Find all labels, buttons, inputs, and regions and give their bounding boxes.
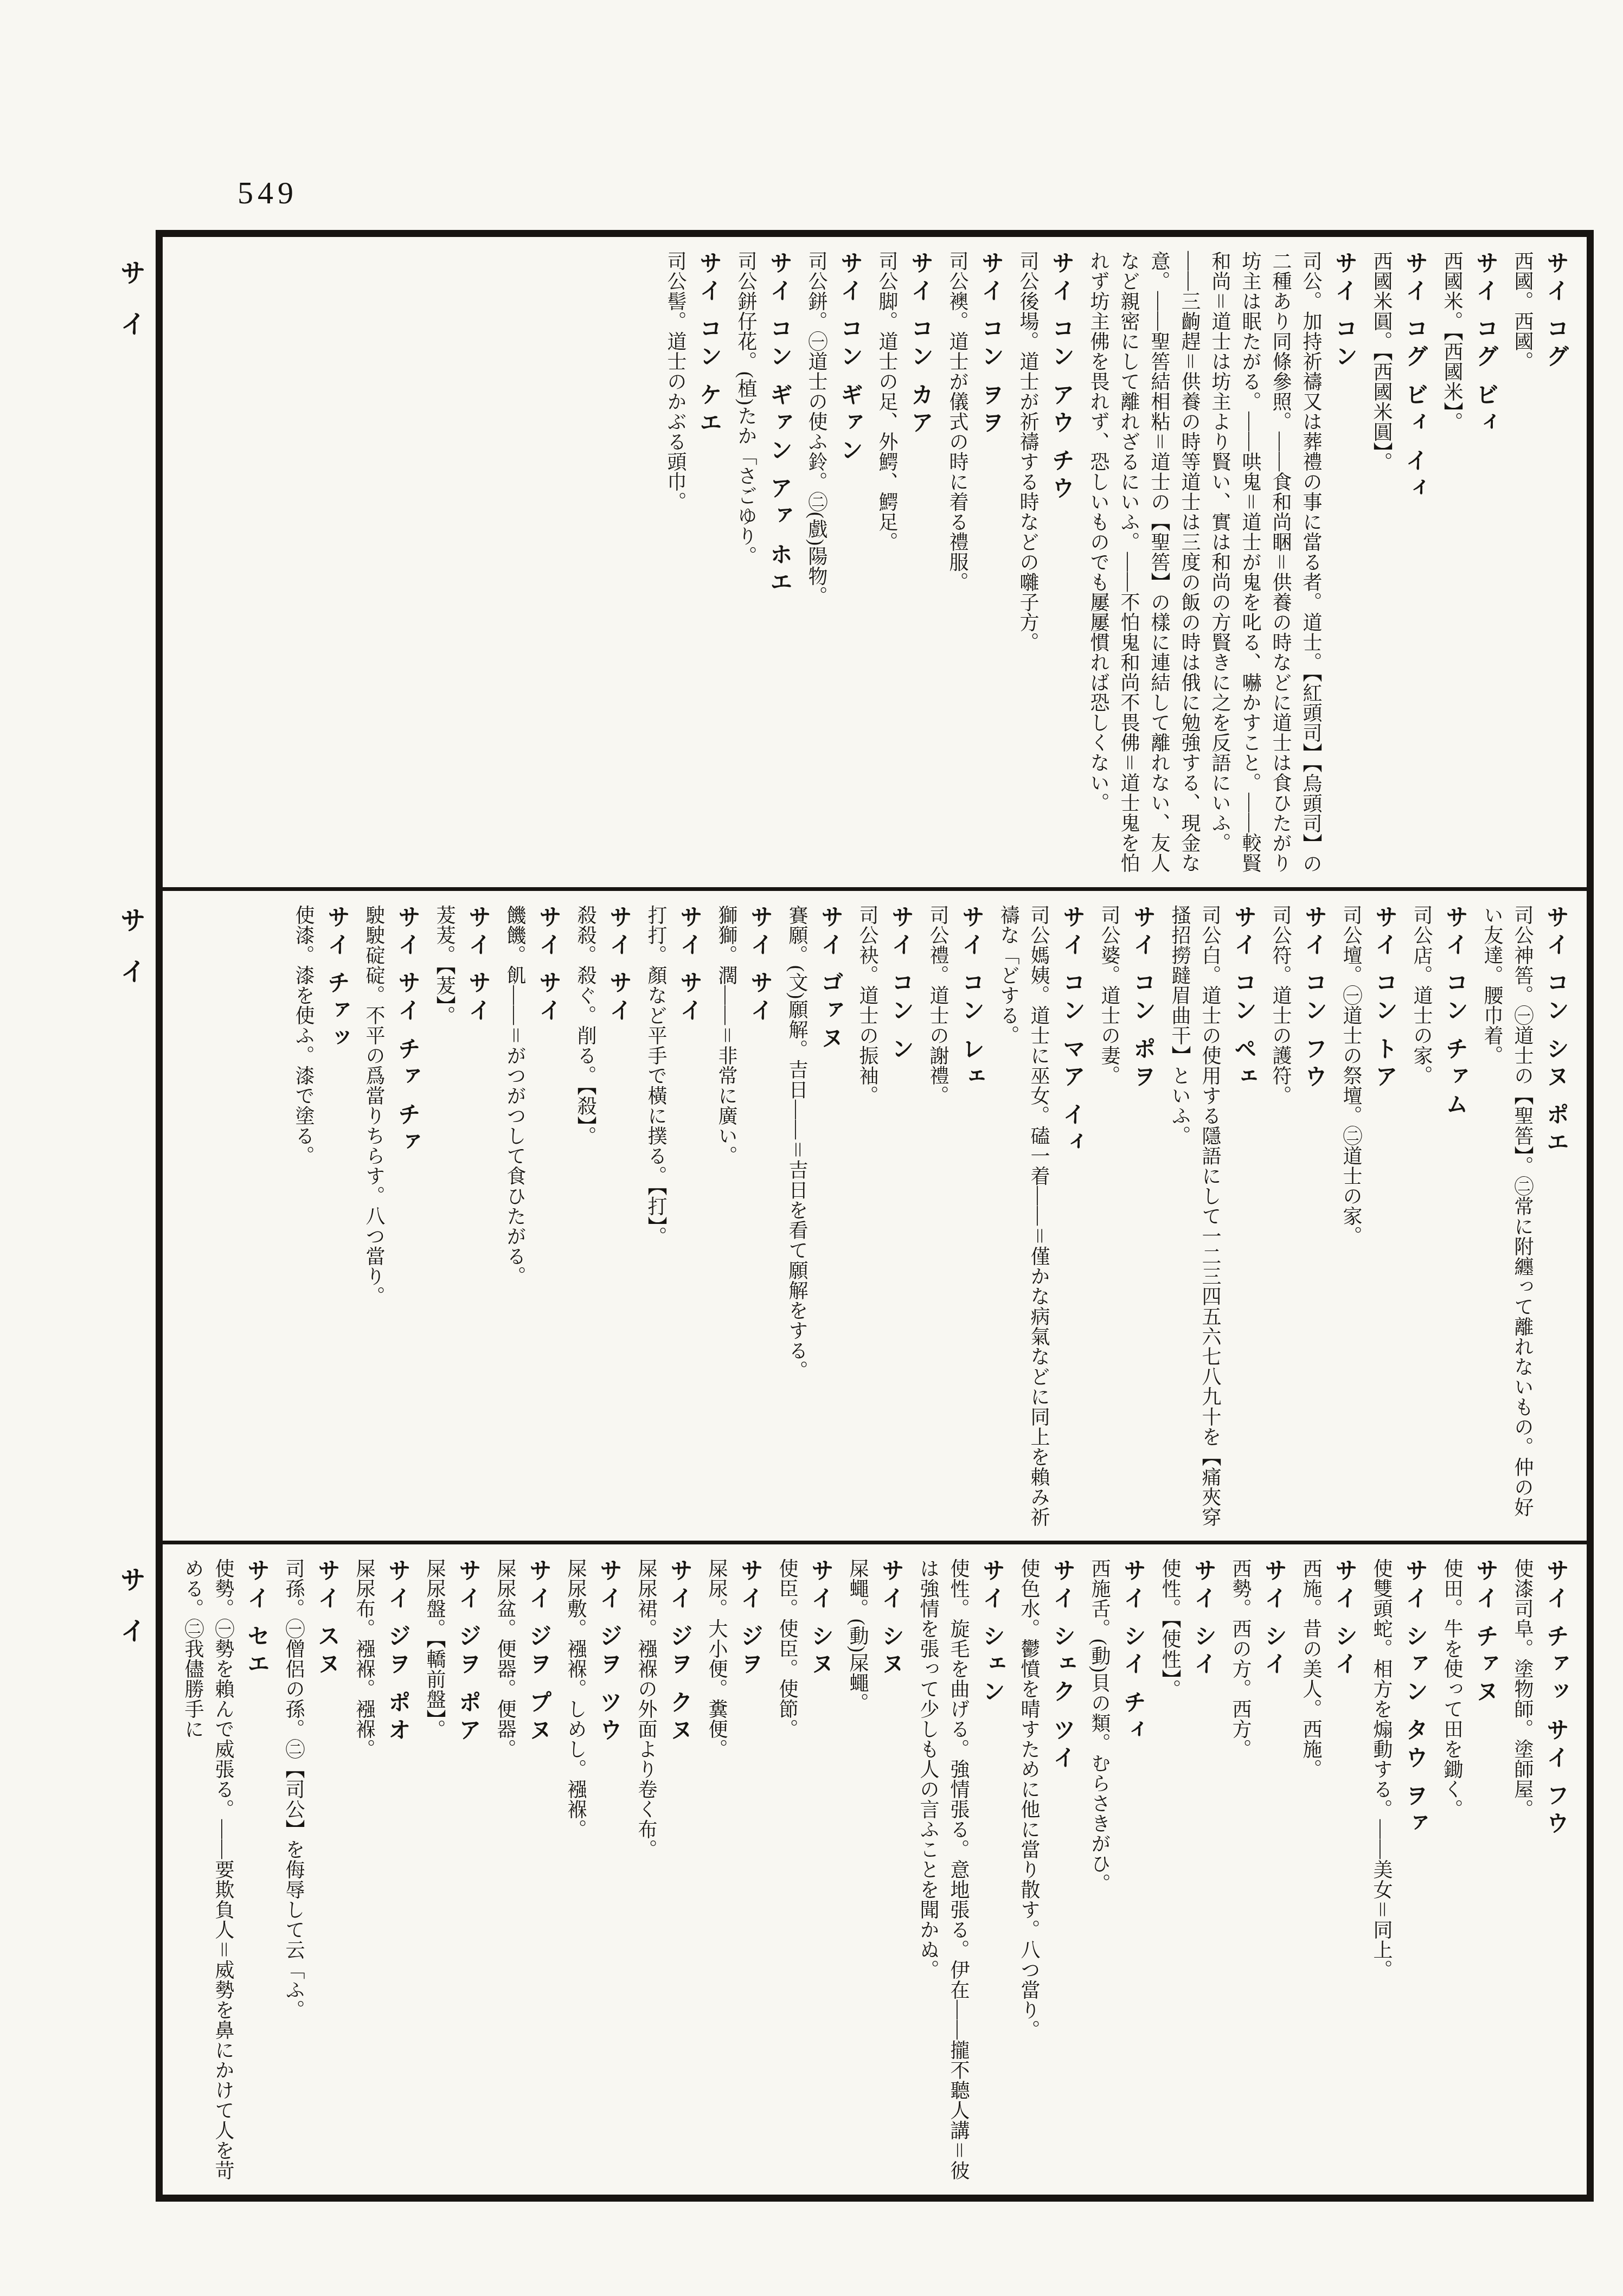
dictionary-entry: サイ サイ茇茇。【茇】。 xyxy=(429,905,493,1530)
entry-headword-katakana: サイ シイ xyxy=(1188,1559,1219,2184)
dictionary-entry: サイ コグ ビィ西國米。【西國米】。 xyxy=(1437,251,1501,876)
entry-definition: 司公襖。道士が儀式の時に着る禮服。 xyxy=(942,251,973,876)
dictionary-entry: サイ ジヲ屎尿。大小便。糞便。 xyxy=(702,1559,766,2184)
dictionary-entry: サイ コン トア司公壇。㊀道士の祭壇。㊁道士の家。 xyxy=(1336,905,1400,1530)
entry-definition: 使色水。鬱憤を晴すために他に當り散す。八つ當り。 xyxy=(1014,1559,1044,2184)
page-number: 549 xyxy=(238,175,298,211)
entry-definition: 屎尿盤。【轎前盤】。 xyxy=(420,1559,450,2184)
text-band-top: サイ コグ西國。西國。サイ コグ ビィ西國米。【西國米】。サイ コグ ビィ イィ… xyxy=(163,237,1587,887)
entry-headword-katakana: サイ ジヲ プヌ xyxy=(523,1559,554,2184)
entry-definition: 西施。昔の美人。西施。 xyxy=(1296,1559,1326,2184)
dictionary-entry: サイ コン レェ司公禮。道士の謝禮。 xyxy=(923,905,987,1530)
entry-headword-katakana: サイ コン ヲヲ xyxy=(975,251,1006,876)
entry-headword-katakana: サイ サイ xyxy=(744,905,775,1530)
entry-headword-katakana: サイ コン レェ xyxy=(955,905,987,1530)
entry-headword-katakana: サイ ジヲ ツウ xyxy=(593,1559,625,2184)
entry-definition: 司公髻。道士のかぶる頭巾。 xyxy=(660,251,691,876)
entry-definition: 司公後場。道士が祈禱する時などの囃子方。 xyxy=(1013,251,1043,876)
entry-definition: 使漆。漆を使ふ。漆で塗る。 xyxy=(288,905,319,1530)
dictionary-entry: サイ ジヲ プヌ屎尿盆。便器。便器。 xyxy=(490,1559,554,2184)
dictionary-entry: サイ シァン タウ ヲァ使雙頭蛇。相方を煽動する。――美女＝同上。 xyxy=(1367,1559,1430,2184)
entry-headword-katakana: サイ サイ xyxy=(533,905,564,1530)
entry-headword-katakana: サイ ジヲ ポア xyxy=(452,1559,484,2184)
dictionary-entry: サイ サイ打打。顏など平手で橫に撲る。【打】。 xyxy=(641,905,705,1530)
dictionary-entry: サイ スヌ司孫。㊀僧侶の孫。㊁【司公】を侮辱して云「ふ。 xyxy=(279,1559,343,2184)
entry-definition: 西國。西國。 xyxy=(1507,251,1538,876)
entry-headword-katakana: サイ セエ xyxy=(241,1559,272,2184)
entry-headword-katakana: サイ コン アウ チウ xyxy=(1045,251,1077,876)
dictionary-entry: サイ サイ殺殺。殺ぐ。削る。【殺】。 xyxy=(570,905,634,1530)
dictionary-entry: サイ コン ケエ司公髻。道士のかぶる頭巾。 xyxy=(660,251,724,876)
entry-headword-katakana: サイ シェク ツイ xyxy=(1047,1559,1078,2184)
entry-headword-katakana: サイ シァン タウ ヲァ xyxy=(1399,1559,1430,2184)
entry-definition: 屎尿。大小便。糞便。 xyxy=(702,1559,732,2184)
entry-headword-katakana: サイ シヌ xyxy=(875,1559,907,2184)
dictionary-entry: サイ コン フウ司公符。道士の護符。 xyxy=(1266,905,1330,1530)
entry-definition: 西施舌。(動)貝の類。むらさきがひ。 xyxy=(1085,1559,1115,2184)
content-border-box: サイ コグ西國。西國。サイ コグ ビィ西國米。【西國米】。サイ コグ ビィ イィ… xyxy=(156,230,1594,2202)
dictionary-entry: サイ コン カア司公脚。道士の足、外鰐、鰐足。 xyxy=(872,251,936,876)
dictionary-entry: サイ コン ヲヲ司公襖。道士が儀式の時に着る禮服。 xyxy=(942,251,1006,876)
entry-headword-katakana: サイ スヌ xyxy=(311,1559,343,2184)
entry-headword-katakana: サイ ジヲ xyxy=(734,1559,766,2184)
dictionary-entry: サイ サイ饑饑。飢――＝がつがつして食ひたがる。 xyxy=(500,905,564,1530)
entry-definition: 西勢。西の方。西方。 xyxy=(1226,1559,1256,2184)
dictionary-entry: サイ コン マア イィ司公媽姨。道士に巫女。磕一着――＝僅かな病氣などに同上を賴… xyxy=(993,905,1088,1530)
entry-headword-katakana: サイ コン チァム xyxy=(1439,905,1471,1530)
entry-headword-katakana: サイ コン ケエ xyxy=(693,251,724,876)
entry-headword-katakana: サイ サイ xyxy=(673,905,705,1530)
entry-headword-katakana: サイ コン ペェ xyxy=(1228,905,1259,1530)
dictionary-entry: サイ コン ン司公袂。道士の振袖。 xyxy=(852,905,916,1530)
dictionary-entry: サイ コン ペェ司公白。道士の使用する隱語にして一二三四五六七八九十を【痛夾穿搔… xyxy=(1165,905,1259,1530)
entry-headword-katakana: サイ サイ xyxy=(603,905,634,1530)
entry-headword-katakana: サイ シイ xyxy=(1258,1559,1290,2184)
margin-guide-word-band-2: サイ xyxy=(112,907,149,1009)
dictionary-entry: サイ コン チァム司公店。道士の家。 xyxy=(1407,905,1471,1530)
entry-definition: 司公鉼。㊀道士の使ふ鈴。㊁(戲)陽物。 xyxy=(801,251,832,876)
entry-definition: 使雙頭蛇。相方を煽動する。――美女＝同上。 xyxy=(1367,1559,1397,2184)
entry-headword-katakana: サイ コグ ビィ イィ xyxy=(1399,251,1430,876)
entry-headword-katakana: サイ コン ギァン アァ ホエ xyxy=(764,251,795,876)
dictionary-page: { "page": { "number": "549", "margin_lab… xyxy=(0,0,1623,2296)
entry-definition: 司公。加持祈禱又は葬禮の事に當る者。道士。【紅頭司】【烏頭司】の二種あり同條參照… xyxy=(1083,251,1326,876)
entry-definition: 使性。【使性】。 xyxy=(1155,1559,1185,2184)
entry-headword-katakana: サイ チァヌ xyxy=(1470,1559,1501,2184)
entry-headword-katakana: サイ ゴァヌ xyxy=(814,905,846,1530)
entry-definition: 駛駛碇碇。不平の爲當りちらす。八つ當り。 xyxy=(359,905,389,1530)
dictionary-entry: サイ シイ西勢。西の方。西方。 xyxy=(1226,1559,1290,2184)
dictionary-entry: サイ チァヌ使田。牛を使って田を鋤く。 xyxy=(1437,1559,1501,2184)
dictionary-entry: サイ シェン使性。旋毛を曲げる。強情張る。意地張る。伊在――攏不聽人講＝彼は強情… xyxy=(913,1559,1008,2184)
dictionary-entry: サイ コン ギァン司公鉼。㊀道士の使ふ鈴。㊁(戲)陽物。 xyxy=(801,251,865,876)
dictionary-entry: サイ セエ使勢。㊀勢を賴んで威張る。――要欺負人＝威勢を鼻にかけて人を苛める。㊁… xyxy=(178,1559,272,2184)
dictionary-entry: サイ シイ チィ西施舌。(動)貝の類。むらさきがひ。 xyxy=(1085,1559,1149,2184)
entry-headword-katakana: サイ コン ポヲ xyxy=(1127,905,1158,1530)
entry-definition: 司公白。道士の使用する隱語にして一二三四五六七八九十を【痛夾穿搔招撈躂眉曲干】と… xyxy=(1165,905,1226,1530)
entry-definition: 屎蠅。(動)屎蠅。 xyxy=(843,1559,873,2184)
entry-definition: 屎尿布。襁褓。襁褓。 xyxy=(349,1559,380,2184)
entry-headword-katakana: サイ シイ xyxy=(1329,1559,1360,2184)
entry-headword-katakana: サイ コン マア イィ xyxy=(1056,905,1088,1530)
dictionary-entry: サイ チァッ サイ フウ使漆司阜。塗物師。塗師屋。 xyxy=(1507,1559,1571,2184)
dictionary-entry: サイ サイ チァ チァ駛駛碇碇。不平の爲當りちらす。八つ當り。 xyxy=(359,905,423,1530)
entry-definition: 茇茇。【茇】。 xyxy=(429,905,460,1530)
dictionary-entry: サイ ジヲ クヌ屎尿裙。襁褓の外面より卷く布。 xyxy=(631,1559,695,2184)
dictionary-entry: サイ ゴァヌ賽願。(文)願解。吉日――＝吉日を看て願解をする。 xyxy=(782,905,846,1530)
entry-headword-katakana: サイ コグ xyxy=(1540,251,1571,876)
entry-definition: 司公脚。道士の足、外鰐、鰐足。 xyxy=(872,251,902,876)
dictionary-entry: サイ コグ ビィ イィ西國米圓。【西國米圓】。 xyxy=(1367,251,1430,876)
entry-definition: 使勢。㊀勢を賴んで威張る。――要欺負人＝威勢を鼻にかけて人を苛める。㊁我儘勝手に xyxy=(178,1559,239,2184)
entry-definition: 司公媽姨。道士に巫女。磕一着――＝僅かな病氣などに同上を賴み祈禱な「どする。 xyxy=(993,905,1054,1530)
entry-definition: 司公鉼仔花。(植)たか「さごゆり。 xyxy=(731,251,761,876)
text-band-middle: サイ コン シヌ ポエ司公神筶。㊀道士の【聖筶】。㊁常に附纏って離れないもの。仲… xyxy=(163,887,1587,1541)
entry-definition: 使田。牛を使って田を鋤く。 xyxy=(1437,1559,1467,2184)
entry-headword-katakana: サイ コン xyxy=(1329,251,1360,876)
entry-headword-katakana: サイ サイ チァ チァ xyxy=(392,905,423,1530)
entry-definition: 司公禮。道士の謝禮。 xyxy=(923,905,953,1530)
entry-headword-katakana: サイ チァッ xyxy=(321,905,352,1530)
dictionary-entry: サイ サイ獅獅。濶――＝非常に廣い。 xyxy=(711,905,775,1530)
dictionary-entry: サイ ジヲ ツウ屎尿敷。襁褓。しめし。襁褓。 xyxy=(561,1559,625,2184)
entry-headword-katakana: サイ コン ギァン xyxy=(834,251,865,876)
entry-definition: 司公袂。道士の振袖。 xyxy=(852,905,883,1530)
entry-definition: 饑饑。飢――＝がつがつして食ひたがる。 xyxy=(500,905,530,1530)
dictionary-entry: サイ シヌ屎蠅。(動)屎蠅。 xyxy=(843,1559,907,2184)
entry-definition: 司公符。道士の護符。 xyxy=(1266,905,1296,1530)
entry-definition: 使漆司阜。塗物師。塗師屋。 xyxy=(1507,1559,1538,2184)
entry-definition: 殺殺。殺ぐ。削る。【殺】。 xyxy=(570,905,601,1530)
entry-definition: 司公神筶。㊀道士の【聖筶】。㊁常に附纏って離れないもの。仲の好い友達。腰巾着。 xyxy=(1477,905,1538,1530)
entry-definition: 司公壇。㊀道士の祭壇。㊁道士の家。 xyxy=(1336,905,1367,1530)
dictionary-entry: サイ コン アウ チウ司公後場。道士が祈禱する時などの囃子方。 xyxy=(1013,251,1077,876)
entry-headword-katakana: サイ シヌ xyxy=(805,1559,836,2184)
margin-guide-word-band-3: サイ xyxy=(112,1566,149,1668)
entry-headword-katakana: サイ コン ン xyxy=(885,905,916,1530)
entry-headword-katakana: サイ シェン xyxy=(976,1559,1008,2184)
dictionary-entry: サイ コン ギァン アァ ホエ司公鉼仔花。(植)たか「さごゆり。 xyxy=(731,251,795,876)
dictionary-entry: サイ シェク ツイ使色水。鬱憤を晴すために他に當り散す。八つ當り。 xyxy=(1014,1559,1078,2184)
dictionary-entry: サイ コン司公。加持祈禱又は葬禮の事に當る者。道士。【紅頭司】【烏頭司】の二種あ… xyxy=(1083,251,1360,876)
entry-definition: 司公婆。道士の妻。 xyxy=(1094,905,1125,1530)
entry-headword-katakana: サイ チァッ サイ フウ xyxy=(1540,1559,1571,2184)
entry-definition: 獅獅。濶――＝非常に廣い。 xyxy=(711,905,742,1530)
entry-definition: 司孫。㊀僧侶の孫。㊁【司公】を侮辱して云「ふ。 xyxy=(279,1559,309,2184)
dictionary-entry: サイ ジヲ ポア屎尿盤。【轎前盤】。 xyxy=(420,1559,484,2184)
entry-headword-katakana: サイ サイ xyxy=(462,905,493,1530)
entry-definition: 司公店。道士の家。 xyxy=(1407,905,1437,1530)
entry-definition: 使臣。使臣。使節。 xyxy=(772,1559,803,2184)
entry-definition: 屎尿盆。便器。便器。 xyxy=(490,1559,521,2184)
margin-guide-word-band-1: サイ xyxy=(112,259,149,361)
entry-headword-katakana: サイ シイ チィ xyxy=(1117,1559,1149,2184)
dictionary-entry: サイ シイ使性。【使性】。 xyxy=(1155,1559,1219,2184)
dictionary-entry: サイ ジヲ ポオ屎尿布。襁褓。襁褓。 xyxy=(349,1559,413,2184)
entry-headword-katakana: サイ コン フウ xyxy=(1298,905,1330,1530)
dictionary-entry: サイ コグ西國。西國。 xyxy=(1507,251,1571,876)
text-band-bottom: サイ チァッ サイ フウ使漆司阜。塗物師。塗師屋。サイ チァヌ使田。牛を使って田… xyxy=(163,1541,1587,2195)
entry-headword-katakana: サイ コン カア xyxy=(904,251,936,876)
dictionary-entry: サイ コン ポヲ司公婆。道士の妻。 xyxy=(1094,905,1158,1530)
entry-headword-katakana: サイ コン トア xyxy=(1369,905,1400,1530)
entry-definition: 西國米圓。【西國米圓】。 xyxy=(1367,251,1397,876)
entry-definition: 賽願。(文)願解。吉日――＝吉日を看て願解をする。 xyxy=(782,905,812,1530)
dictionary-entry: サイ シヌ使臣。使臣。使節。 xyxy=(772,1559,836,2184)
entry-definition: 屎尿裙。襁褓の外面より卷く布。 xyxy=(631,1559,662,2184)
entry-headword-katakana: サイ ジヲ ポオ xyxy=(382,1559,413,2184)
entry-headword-katakana: サイ ジヲ クヌ xyxy=(664,1559,695,2184)
dictionary-entry: サイ シイ西施。昔の美人。西施。 xyxy=(1296,1559,1360,2184)
entry-definition: 使性。旋毛を曲げる。強情張る。意地張る。伊在――攏不聽人講＝彼は強情を張って少し… xyxy=(913,1559,974,2184)
entry-definition: 屎尿敷。襁褓。しめし。襁褓。 xyxy=(561,1559,591,2184)
entry-definition: 打打。顏など平手で橫に撲る。【打】。 xyxy=(641,905,671,1530)
dictionary-entry: サイ チァッ使漆。漆を使ふ。漆で塗る。 xyxy=(288,905,352,1530)
dictionary-entry: サイ コン シヌ ポエ司公神筶。㊀道士の【聖筶】。㊁常に附纏って離れないもの。仲… xyxy=(1477,905,1571,1530)
entry-definition: 西國米。【西國米】。 xyxy=(1437,251,1467,876)
entry-headword-katakana: サイ コン シヌ ポエ xyxy=(1540,905,1571,1530)
entry-headword-katakana: サイ コグ ビィ xyxy=(1470,251,1501,876)
